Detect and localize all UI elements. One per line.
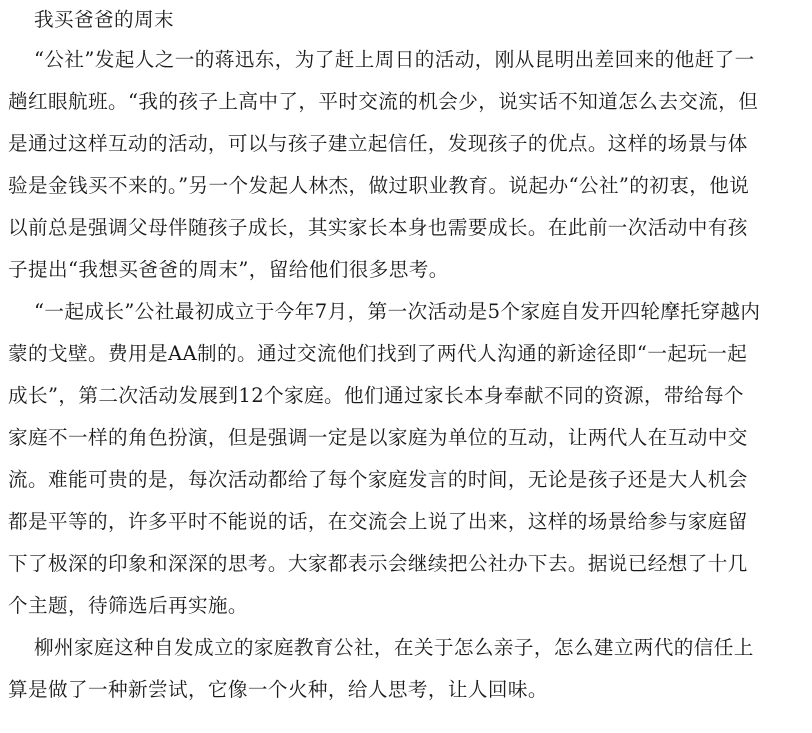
paragraph-line: 下了极深的印象和深深的思考。大家都表示会继续把公社办下去。据说已经想了十几 — [8, 552, 748, 576]
paragraph-line: 子提出“我想买爸爸的周末”，留给他们很多思考。 — [8, 258, 449, 282]
paragraph-line: 个主题，待筛选后再实施。 — [8, 594, 248, 618]
paragraph-line: 验是金钱买不来的。”另一个发起人林杰，做过职业教育。说起办“公社”的初衷，他说 — [8, 174, 749, 198]
paragraph-line: 算是做了一种新尝试，它像一个火种，给人思考，让人回味。 — [8, 678, 548, 702]
paragraph-line: 流。难能可贵的是，每次活动都给了每个家庭发言的时间，无论是孩子还是大人机会 — [8, 468, 748, 492]
paragraph-line: 家庭不一样的角色扮演，但是强调一定是以家庭为单位的互动，让两代人在互动中交 — [8, 426, 748, 450]
paragraph-line: “公社”发起人之一的蒋迅东，为了赶上周日的活动，刚从昆明出差回来的他赶了一 — [34, 48, 755, 72]
paragraph-line: 蒙的戈壁。费用是AA制的。通过交流他们找到了两代人沟通的新途径即“一起玩一起 — [8, 342, 747, 366]
paragraph-line: 柳州家庭这种自发成立的家庭教育公社，在关于怎么亲子，怎么建立两代的信任上 — [34, 636, 754, 660]
paragraph-line: 成长”，第二次活动发展到12个家庭。他们通过家长本身奉献不同的资源，带给每个 — [8, 384, 744, 408]
document-title: 我买爸爸的周末 — [34, 8, 174, 32]
paragraph-line: 是通过这样互动的活动，可以与孩子建立起信任，发现孩子的优点。这样的场景与体 — [8, 132, 748, 156]
paragraph-line: 趟红眼航班。“我的孩子上高中了，平时交流的机会少，说实话不知道怎么去交流，但 — [8, 90, 758, 114]
paragraph-line: 以前总是强调父母伴随孩子成长，其实家长本身也需要成长。在此前一次活动中有孩 — [8, 216, 748, 240]
paragraph-line: 都是平等的，许多平时不能说的话，在交流会上说了出来，这样的场景给参与家庭留 — [8, 510, 748, 534]
paragraph-line: “一起成长”公社最初成立于今年7月，第一次活动是5个家庭自发开四轮摩托穿越内 — [34, 300, 760, 324]
